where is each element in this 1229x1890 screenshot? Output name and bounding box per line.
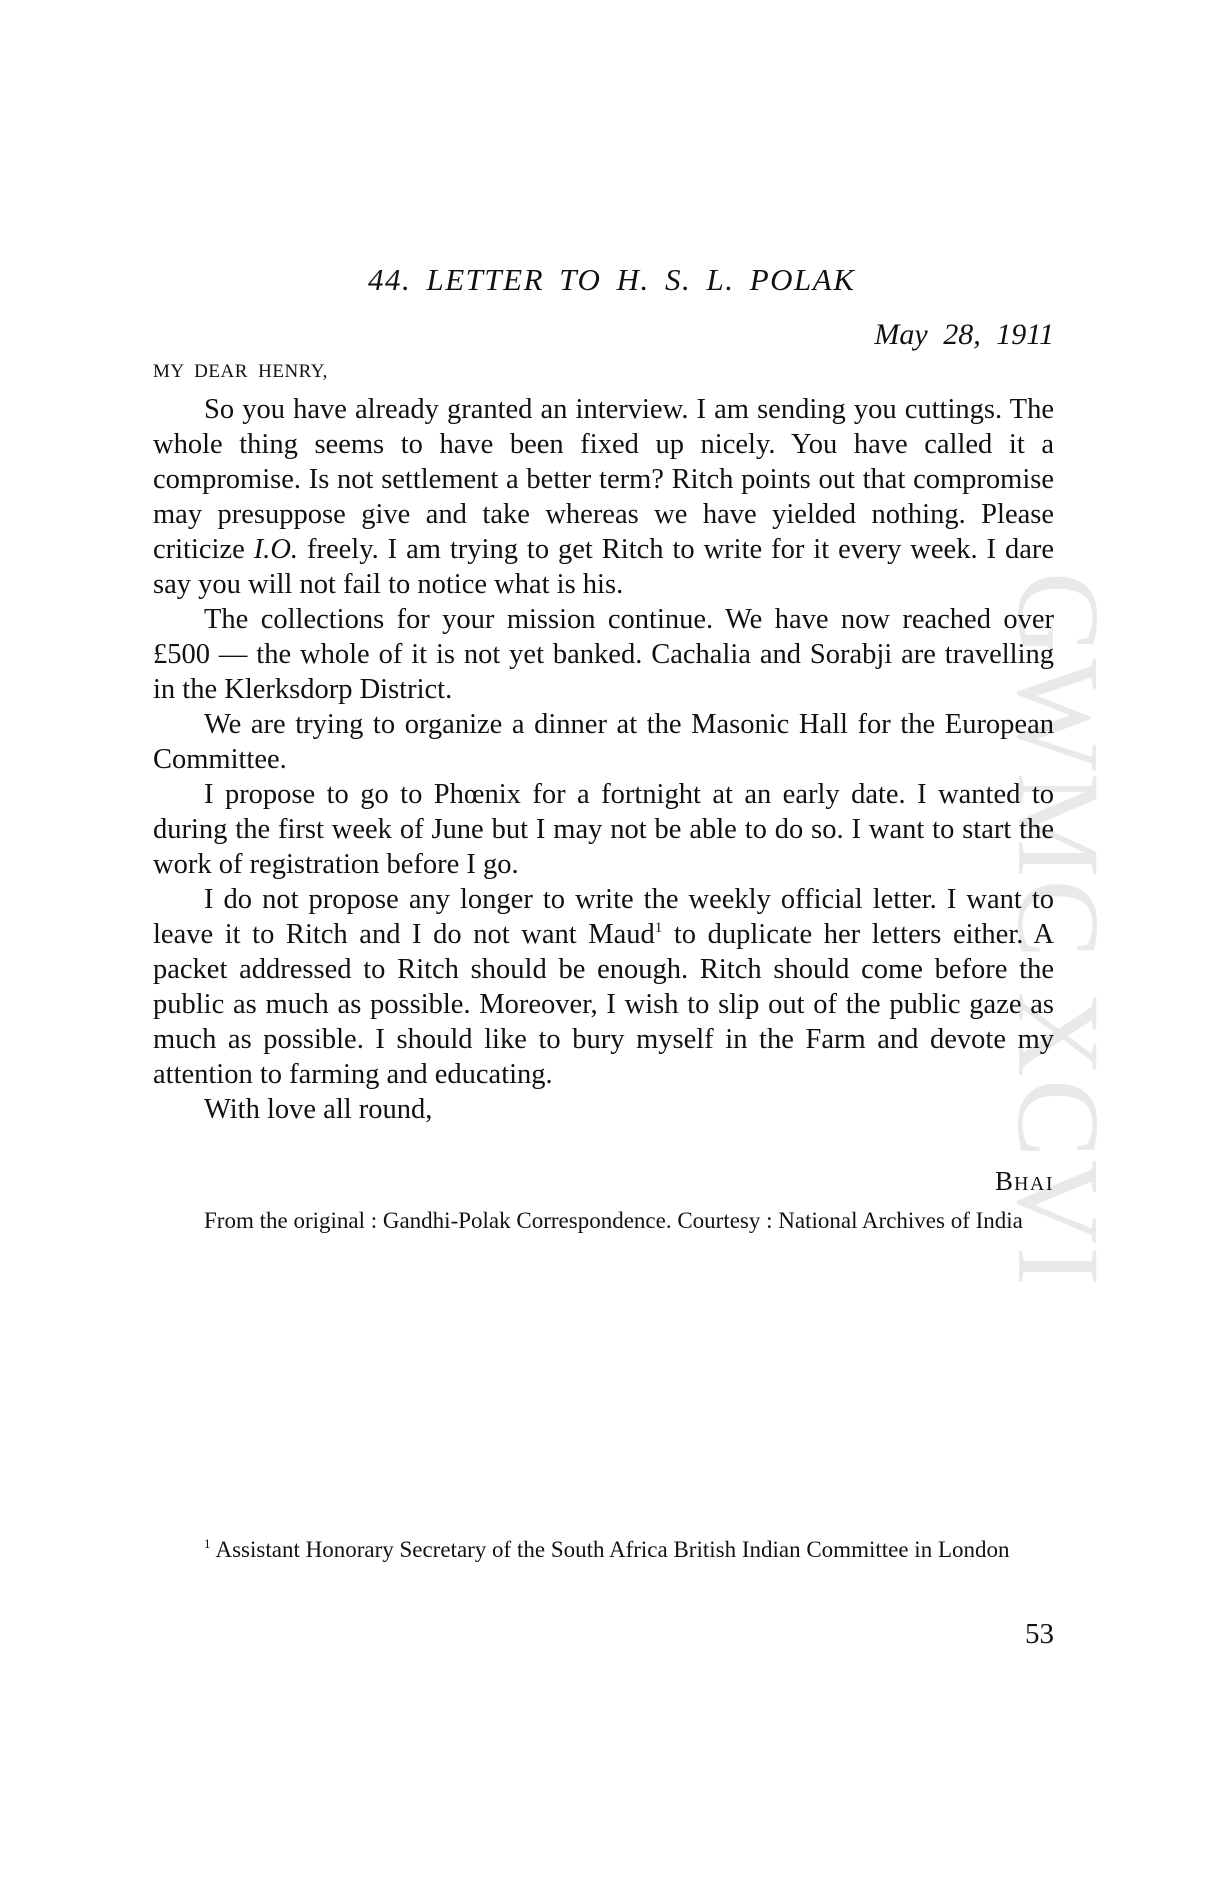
document-page: GWMC XCVI 44. LETTER TO H. S. L. POLAK M… [0,0,1229,1890]
source-note: From the original : Gandhi-Polak Corresp… [153,1207,1054,1235]
signature-small-caps: HAI [1014,1173,1054,1195]
paragraph: We are trying to organize a dinner at th… [153,707,1054,777]
italic-publication-name: I.O. [254,534,298,565]
paragraph: I do not propose any longer to write the… [153,882,1054,1092]
closing-text: With love all round, [204,1094,432,1125]
paragraph-text: We are trying to organize a dinner at th… [153,709,1054,775]
letter-title: 44. LETTER TO H. S. L. POLAK [368,262,855,298]
salutation: MY DEAR HENRY, [153,361,328,383]
footnote-text: Assistant Honorary Secretary of the Sout… [216,1537,1010,1562]
footnote: 1Assistant Honorary Secretary of the Sou… [153,1535,1054,1564]
page-number: 53 [1025,1618,1054,1651]
paragraph: The collections for your mission continu… [153,602,1054,707]
paragraph-text: I propose to go to Phœnix for a fortnigh… [153,779,1054,880]
signature-initial: B [995,1166,1014,1196]
paragraph-text: The collections for your mission continu… [153,604,1054,705]
footnote-marker: 1 [204,1536,211,1551]
source-note-text: From the original : Gandhi-Polak Corresp… [204,1208,1023,1233]
paragraph: I propose to go to Phœnix for a fortnigh… [153,777,1054,882]
letter-body: So you have already granted an interview… [153,392,1054,1127]
paragraph: So you have already granted an interview… [153,392,1054,602]
closing-line: With love all round, [153,1092,1054,1127]
signature: BHAI [995,1166,1054,1197]
letter-date: May 28, 1911 [874,318,1054,352]
